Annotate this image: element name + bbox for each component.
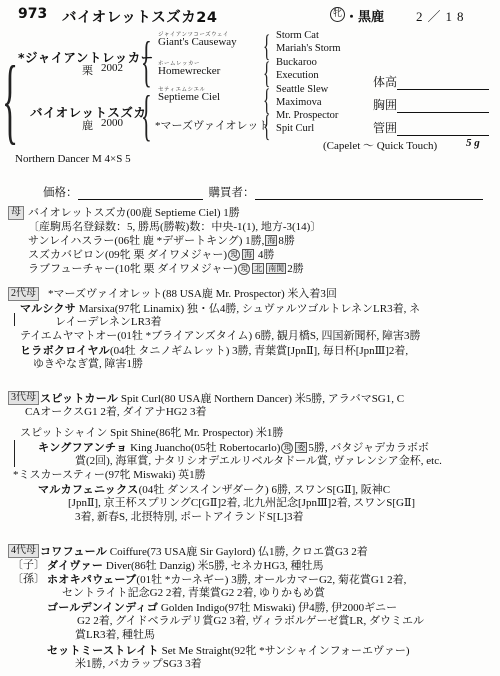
text-segment: ゆきやなぎ賞, 障害1勝 [33, 358, 143, 370]
region-badge: 海 [265, 235, 277, 246]
gen2-name: Homewrecker [158, 65, 220, 77]
catalog-line: CAオークスG1 2着, ダイアナHG2 3着 [25, 406, 206, 419]
height-label: 体高 [373, 73, 489, 90]
cannon-label: 管囲 [373, 119, 489, 136]
catalog-line: レイーデレネンLR3着 [55, 316, 161, 329]
catalog-line: *ミスカースティー(97牝 Miswaki) 英1勝 [13, 469, 206, 482]
gen3-name: Spit Curl [276, 123, 314, 134]
weight-note: 5 g [466, 137, 480, 149]
text-segment: スズカバビロン(09牝 栗 ダイワメジャー) [28, 249, 227, 261]
dam-year: 2000 [101, 117, 123, 129]
catalog-line: 〔産駒馬名登録数：5, 勝馬(勝鞍)数：中央-1(1), 地方-3(14)〕 [28, 221, 321, 234]
catalog-line: ダイヴァー Diver(86牡 Danzig) 米5勝, セネカHG3, 種牡馬 [47, 559, 323, 573]
catalog-line: 3着, 新春S, 北摂特別, ポートアイランドS[L]3着 [75, 511, 303, 524]
girth-label: 胸囲 [373, 96, 489, 113]
catalog-line: G2 2着, グイドベラルデリ賞G2 3着, ヴィラボルゲーゼ賞LR, ダウミエ… [77, 615, 424, 628]
text-segment: G2 2着, グイドベラルデリ賞G2 3着, ヴィラボルゲーゼ賞LR, ダウミエ… [77, 615, 424, 627]
catalog-line: スピットシャイン Spit Shine(86牝 Mr. Prospector) … [20, 427, 283, 440]
family-tree-stem [14, 440, 15, 467]
height-label-text: 体高 [373, 75, 397, 89]
gen3-name: Buckaroo [276, 57, 317, 68]
text-segment: 4勝 [255, 249, 274, 261]
text-segment: (01牡 *カーネギー) 3勝, オールカマーG2, 菊花賞G1 2着, [136, 574, 406, 586]
horse-name: セットミーストレイト [47, 644, 159, 657]
section-label: 〔孫〕 [12, 573, 45, 586]
text-segment: レイーデレネンLR3着 [55, 316, 161, 328]
text-segment: テイエムヤマトオー(01牡 *ブライアンズタイム) 6勝, 観月橋S, 四国新聞… [20, 330, 421, 342]
horse-name: ヒラボクロイヤル [20, 344, 110, 357]
horse-name: マルカフェニックス [38, 483, 139, 496]
price-row: 価格：購買者： [43, 184, 483, 200]
height-blank-line [397, 77, 489, 90]
catalog-line: セントライト記念G2 2着, 青葉賞G2 2着, ゆりかもめ賞 [62, 587, 325, 600]
inbreeding-note: Northern Dancer M 4×S 5 [15, 153, 131, 165]
gen3-name: Maximova [276, 97, 322, 108]
catalog-line: *マーズヴァイオレット(88 USA鹿 Mr. Prospector) 米入着3… [48, 288, 337, 301]
text-segment: Diver(86牡 Danzig) 米5勝, セネカHG3, 種牡馬 [103, 560, 323, 572]
section-label: 3代母 [8, 391, 39, 405]
text-segment: *マーズヴァイオレット(88 USA鹿 Mr. Prospector) 米入着3… [48, 288, 337, 300]
text-segment: セントライト記念G2 2着, 青葉賞G2 2着, ゆりかもめ賞 [62, 587, 325, 599]
text-segment: (04牡 タニノギムレット) 3勝, 青葉賞[JpnⅡ], 毎日杯[JpnⅢ]2… [110, 345, 408, 357]
gen3-name: Seattle Slew [276, 84, 328, 95]
text-segment: King Juancho(05牡 Robertocarlo) [127, 442, 280, 454]
capelet-note: (Capelet ～ Quick Touch) [323, 137, 437, 153]
catalog-line: ゴールデンインディゴ Golden Indigo(97牡 Miswaki) 伊4… [47, 601, 397, 615]
catalog-line: ラブフューチャー(10牝 栗 ダイワメジャー)現北南関2勝 [28, 263, 304, 276]
active-badge: 現 [238, 263, 250, 275]
gen3-name: Storm Cat [276, 30, 319, 41]
section-label: 〔子〕 [12, 559, 45, 572]
active-badge: 現 [281, 442, 293, 454]
family-tree-stem [14, 313, 15, 326]
price-label: 価格： [43, 187, 78, 199]
catalog-line: バイオレットスズカ(00鹿 Septieme Ciel) 1勝 [28, 207, 240, 220]
text-segment: 米1勝, バカラップSG3 3着 [75, 658, 202, 670]
text-segment: Set Me Straight(92牝 *サンシャインフォーエヴァー) [159, 645, 410, 657]
horse-name: ダイヴァー [47, 559, 103, 572]
catalog-line: コワフュール Coiffure(73 USA鹿 Sir Gaylord) 仏1勝… [40, 545, 368, 559]
text-segment: 8勝 [278, 235, 295, 247]
catalog-line: キングフアンチョ King Juancho(05牡 Robertocarlo)現… [38, 441, 429, 455]
price-blank-line [78, 187, 203, 200]
text-segment: 賞LR3着, 種牡馬 [75, 629, 155, 641]
pedigree-brace-outer: { [2, 44, 18, 155]
sire-coat: 栗 [82, 62, 93, 78]
dam-coat: 鹿 [82, 117, 93, 133]
section-label: 4代母 [8, 544, 39, 558]
catalog-line: ゆきやなぎ賞, 障害1勝 [33, 358, 143, 371]
hip-number: 973 [18, 6, 47, 22]
horse-title: バイオレットスズカ24 [62, 6, 217, 27]
horse-name: マルシクサ [20, 302, 76, 315]
catalog-line: ホオキパウェーブ(01牡 *カーネギー) 3勝, オールカマーG2, 菊花賞G1… [47, 573, 406, 587]
horse-name: ホオキパウェーブ [47, 573, 136, 586]
horse-name: キングフアンチョ [38, 441, 127, 454]
text-segment: *ミスカースティー(97牝 Miswaki) 英1勝 [13, 469, 206, 481]
cannon-blank-line [397, 123, 489, 136]
catalog-line: 賞LR3着, 種牡馬 [75, 629, 155, 642]
text-segment: Coiffure(73 USA鹿 Sir Gaylord) 仏1勝, クロエ賞G… [107, 546, 368, 558]
sex-symbol: 牝 [330, 7, 345, 22]
text-segment: Golden Indigo(97牡 Miswaki) 伊4勝, 伊2000ギニー [158, 602, 397, 614]
section-label: 2代母 [8, 287, 39, 301]
gen2-name: *マーズヴァイオレット [155, 117, 269, 133]
girth-blank-line [397, 100, 489, 113]
text-segment: バイオレットスズカ(00鹿 Septieme Ciel) 1勝 [28, 207, 240, 219]
catalog-line: セットミーストレイト Set Me Straight(92牝 *サンシャインフォ… [47, 644, 410, 658]
text-segment: Marsixa(97牝 Linamix) 独・仏4勝, シュヴァルツゴルトレネン… [76, 303, 420, 315]
text-segment: 〔産駒馬名登録数：5, 勝馬(勝鞍)数：中央-1(1), 地方-3(14)〕 [28, 221, 321, 233]
page-number: 2／18 [416, 6, 469, 25]
text-segment: CAオークスG1 2着, ダイアナHG2 3着 [25, 406, 206, 418]
text-segment: 3着, 新春S, 北摂特別, ポートアイランドS[L]3着 [75, 511, 303, 523]
cannon-label-text: 管囲 [373, 121, 397, 135]
active-badge: 現 [228, 249, 240, 261]
catalog-line: テイエムヤマトオー(01牡 *ブライアンズタイム) 6勝, 観月橋S, 四国新聞… [20, 330, 421, 343]
text-segment: 5勝, バタジャデカラボボ [308, 442, 429, 454]
region-badge: 委 [295, 442, 307, 453]
catalog-line: マルカフェニックス(04牡 ダンスインザダーク) 6勝, スワンS[GⅡ], 阪… [38, 483, 390, 497]
horse-name: スピットカール [40, 392, 118, 405]
horse-name: ゴールデンインディゴ [47, 601, 158, 614]
sire-year: 2002 [101, 62, 123, 74]
girth-label-text: 胸囲 [373, 98, 397, 112]
section-label: 母 [8, 206, 24, 220]
text-segment: 賞(2回), 海軍賞, ナタリシオデエルリベルタドール賞, ヴァレンシア金杯, … [75, 455, 442, 467]
text-segment: サンレイハスラー(06牡 鹿 *デザートキング) 1勝, [28, 235, 264, 247]
catalog-line: サンレイハスラー(06牡 鹿 *デザートキング) 1勝,海8勝 [28, 235, 295, 248]
catalog-line: スズカバビロン(09牝 栗 ダイワメジャー)現海 4勝 [28, 249, 274, 262]
text-segment: ラブフューチャー(10牝 栗 ダイワメジャー) [28, 263, 237, 275]
text-segment: 2勝 [287, 263, 304, 275]
catalog-line: [JpnⅡ], 京王杯スプリングC[GⅡ]2着, 北九州記念[JpnⅢ]2着, … [68, 497, 415, 510]
catalog-line: ヒラボクロイヤル(04牡 タニノギムレット) 3勝, 青葉賞[JpnⅡ], 毎日… [20, 344, 408, 358]
buyer-label: 購買者： [209, 187, 255, 199]
region-badge: 海 [242, 249, 254, 260]
catalog-line: スピットカール Spit Curl(80 USA鹿 Northern Dance… [40, 392, 404, 406]
region-badge: 南関 [266, 263, 286, 274]
gen2-name: Giant's Causeway [158, 36, 237, 48]
text-segment: [JpnⅡ], 京王杯スプリングC[GⅡ]2着, 北九州記念[JpnⅢ]2着, … [68, 497, 415, 509]
gen3-name: Mr. Prospector [276, 110, 338, 121]
gen3-name: Execution [276, 70, 319, 81]
text-segment: スピットシャイン Spit Shine(86牝 Mr. Prospector) … [20, 427, 283, 439]
catalog-line: 賞(2回), 海軍賞, ナタリシオデエルリベルタドール賞, ヴァレンシア金杯, … [75, 455, 442, 468]
region-badge: 北 [252, 263, 264, 274]
text-segment: Spit Curl(80 USA鹿 Northern Dancer) 米5勝, … [118, 393, 404, 405]
catalog-line: マルシクサ Marsixa(97牝 Linamix) 独・仏4勝, シュヴァルツ… [20, 302, 420, 316]
gen3-name: Mariah's Storm [276, 43, 341, 54]
horse-name: コワフュール [40, 545, 107, 558]
catalog-line: 米1勝, バカラップSG3 3着 [75, 658, 202, 671]
coat-color: ・黒鹿 [345, 6, 384, 25]
buyer-blank-line [255, 187, 483, 200]
gen2-name: Septieme Ciel [158, 91, 220, 103]
text-segment: (04牡 ダンスインザダーク) 6勝, スワンS[GⅡ], 阪神C [139, 484, 391, 496]
catalog-page: 973 バイオレットスズカ24 牝 ・黒鹿 2／18 { { { { { { {… [0, 0, 500, 676]
